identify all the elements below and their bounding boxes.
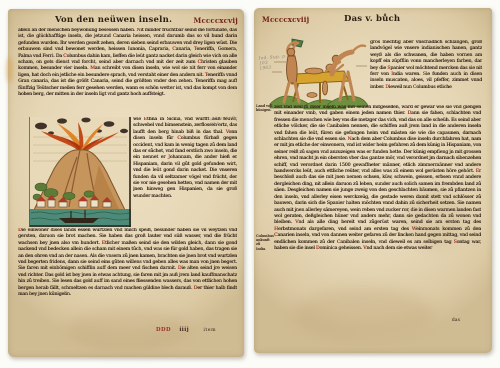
running-title: Das v. bůch — [344, 14, 400, 24]
body-text-block: allein an der menschen beywonung besesse… — [18, 28, 237, 116]
signature-numeral: iiij — [179, 327, 189, 333]
cannibals-woodcut — [268, 38, 370, 110]
right-page: Mccccxcviij Das v. bůch Ind. Sup. p. 103… — [254, 8, 492, 353]
running-title: Von den neüwen inseln. — [55, 15, 172, 25]
volcano-eruption-woodcut — [29, 117, 131, 227]
body-text-block: gros mechtig aber vnschädlich schlangen,… — [370, 40, 482, 106]
margin-note-line: künigen. — [256, 108, 273, 112]
body-text-block: wie Ethna in Sicilia, vnd würfft auß feü… — [133, 117, 237, 227]
catchword: das — [452, 318, 460, 323]
folio-number: Mccccxcviij — [262, 15, 309, 24]
folio-number: Mccccxcvij — [194, 16, 239, 25]
catchword: item — [203, 328, 216, 333]
margin-note: Columbus ankunft zů India. — [256, 234, 273, 251]
handwritten-annotation: vid. sup. p. 214 — [210, 114, 245, 127]
margin-note-line: ankunft zů — [256, 238, 273, 246]
margin-note-line: India. — [256, 247, 273, 251]
book-scan: Von den neüwen inseln. Mccccxcvij allein… — [0, 0, 500, 368]
left-page: Von den neüwen inseln. Mccccxcvij allein… — [8, 9, 244, 357]
page-stain — [6, 57, 13, 83]
figure-left — [284, 39, 303, 102]
signature-mark: DDD iiij item — [156, 327, 216, 333]
body-text-block: zeit vnd weil in diser inseln was mit se… — [274, 105, 481, 317]
margin-note: Land voll künigen. — [256, 104, 273, 112]
signature-letters: DDD — [156, 327, 171, 333]
body-text-block: Die einwoner dises lands essen wurtzlen … — [18, 228, 237, 326]
